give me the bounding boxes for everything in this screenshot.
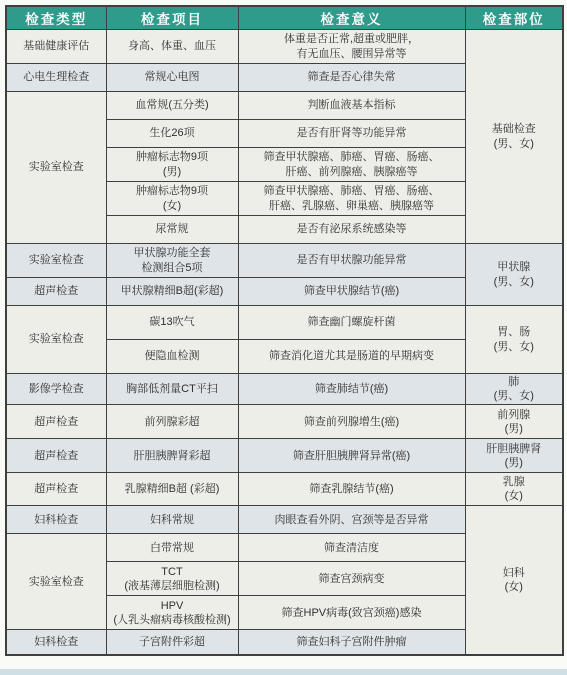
exam-type-cell: 实验室检查 xyxy=(6,306,106,374)
exam-meaning-cell: 筛查消化道尤其是肠道的早期病变 xyxy=(238,340,465,374)
exam-item-cell: 身高、体重、血压 xyxy=(106,30,238,64)
exam-item-cell: 肿瘤标志物9项 (男) xyxy=(106,148,238,182)
exam-item-cell: 尿常规 xyxy=(106,216,238,244)
exam-meaning-cell: 是否有泌尿系统感染等 xyxy=(238,216,465,244)
exam-item-cell: 血常规(五分类) xyxy=(106,92,238,120)
column-header-site: 检查部位 xyxy=(465,6,563,30)
exam-meaning-cell: 是否有肝肾等功能异常 xyxy=(238,120,465,148)
exam-site-cell: 妇科 (女) xyxy=(465,506,563,655)
table-row: 超声检查 乳腺精细B超 (彩超) 筛查乳腺结节(癌) 乳腺 (女) xyxy=(6,473,563,506)
column-header-meaning: 检查意义 xyxy=(238,6,465,30)
exam-item-cell: 生化26项 xyxy=(106,120,238,148)
exam-site-cell: 胃、肠 (男、女) xyxy=(465,306,563,374)
exam-type-cell: 心电生理检查 xyxy=(6,64,106,92)
exam-meaning-cell: 筛查是否心律失常 xyxy=(238,64,465,92)
exam-type-cell: 实验室检查 xyxy=(6,92,106,244)
exam-type-cell: 妇科检查 xyxy=(6,506,106,534)
header-row: 检查类型 检查项目 检查意义 检查部位 xyxy=(6,6,563,30)
exam-site-cell: 肺 (男、女) xyxy=(465,374,563,405)
exam-meaning-cell: 筛查清洁度 xyxy=(238,534,465,562)
exam-item-cell: 便隐血检测 xyxy=(106,340,238,374)
exam-type-cell: 影像学检查 xyxy=(6,374,106,405)
exam-site-cell: 肝胆胰脾肾 (男) xyxy=(465,439,563,473)
exam-item-cell: 妇科常规 xyxy=(106,506,238,534)
exam-meaning-cell: 筛查肝胆胰脾肾异常(癌) xyxy=(238,439,465,473)
exam-item-cell: 碳13吹气 xyxy=(106,306,238,340)
exam-item-cell: 子宫附件彩超 xyxy=(106,630,238,655)
table-row: 妇科检查 妇科常规 肉眼查看外阴、宫颈等是否异常 妇科 (女) xyxy=(6,506,563,534)
table-row: 超声检查 前列腺彩超 筛查前列腺增生(癌) 前列腺 (男) xyxy=(6,405,563,439)
exam-type-cell: 超声检查 xyxy=(6,473,106,506)
exam-table: 检查类型 检查项目 检查意义 检查部位 基础健康评估 身高、体重、血压 体重是否… xyxy=(5,5,564,656)
exam-meaning-cell: 筛查HPV病毒(致宫颈癌)感染 xyxy=(238,596,465,630)
table-row: 超声检查 肝胆胰脾肾彩超 筛查肝胆胰脾肾异常(癌) 肝胆胰脾肾 (男) xyxy=(6,439,563,473)
exam-type-cell: 基础健康评估 xyxy=(6,30,106,64)
exam-type-cell: 妇科检查 xyxy=(6,630,106,655)
bottom-strip xyxy=(0,669,567,675)
exam-item-cell: 甲状腺功能全套 检测组合5项 xyxy=(106,244,238,278)
exam-meaning-cell: 筛查甲状腺结节(癌) xyxy=(238,278,465,306)
table-row: 实验室检查 碳13吹气 筛查幽门螺旋杆菌 胃、肠 (男、女) xyxy=(6,306,563,340)
exam-meaning-cell: 筛查甲状腺癌、肺癌、胃癌、肠癌、 肝癌、前列腺癌、胰腺癌等 xyxy=(238,148,465,182)
table-row: 实验室检查 甲状腺功能全套 检测组合5项 是否有甲状腺功能异常 甲状腺 (男、女… xyxy=(6,244,563,278)
exam-meaning-cell: 肉眼查看外阴、宫颈等是否异常 xyxy=(238,506,465,534)
exam-item-cell: 甲状腺精细B超(彩超) xyxy=(106,278,238,306)
exam-site-cell: 基础检查 (男、女) xyxy=(465,30,563,244)
exam-meaning-cell: 筛查甲状腺癌、肺癌、胃癌、肠癌、 肝癌、乳腺癌、卵巢癌、胰腺癌等 xyxy=(238,182,465,216)
exam-item-cell: 白带常规 xyxy=(106,534,238,562)
exam-site-cell: 乳腺 (女) xyxy=(465,473,563,506)
table-row: 影像学检查 胸部低剂量CT平扫 筛查肺结节(癌) 肺 (男、女) xyxy=(6,374,563,405)
exam-site-cell: 前列腺 (男) xyxy=(465,405,563,439)
column-header-item: 检查项目 xyxy=(106,6,238,30)
exam-type-cell: 实验室检查 xyxy=(6,244,106,278)
exam-type-cell: 超声检查 xyxy=(6,405,106,439)
table-row: 基础健康评估 身高、体重、血压 体重是否正常,超重或肥胖， 有无血压、腰围异常等… xyxy=(6,30,563,64)
exam-meaning-cell: 体重是否正常,超重或肥胖， 有无血压、腰围异常等 xyxy=(238,30,465,64)
exam-meaning-cell: 筛查幽门螺旋杆菌 xyxy=(238,306,465,340)
exam-site-cell: 甲状腺 (男、女) xyxy=(465,244,563,306)
exam-meaning-cell: 筛查乳腺结节(癌) xyxy=(238,473,465,506)
exam-meaning-cell: 筛查前列腺增生(癌) xyxy=(238,405,465,439)
exam-type-cell: 实验室检查 xyxy=(6,534,106,630)
exam-meaning-cell: 筛查宫颈病变 xyxy=(238,562,465,596)
column-header-type: 检查类型 xyxy=(6,6,106,30)
exam-meaning-cell: 是否有甲状腺功能异常 xyxy=(238,244,465,278)
exam-item-cell: 胸部低剂量CT平扫 xyxy=(106,374,238,405)
exam-item-cell: 常规心电图 xyxy=(106,64,238,92)
exam-item-cell: 乳腺精细B超 (彩超) xyxy=(106,473,238,506)
exam-item-cell: HPV (人乳头瘤病毒核酸检测) xyxy=(106,596,238,630)
exam-item-cell: 前列腺彩超 xyxy=(106,405,238,439)
exam-meaning-cell: 判断血液基本指标 xyxy=(238,92,465,120)
exam-item-cell: 肿瘤标志物9项 (女) xyxy=(106,182,238,216)
exam-type-cell: 超声检查 xyxy=(6,278,106,306)
page: 检查类型 检查项目 检查意义 检查部位 基础健康评估 身高、体重、血压 体重是否… xyxy=(0,0,567,656)
exam-type-cell: 超声检查 xyxy=(6,439,106,473)
exam-item-cell: 肝胆胰脾肾彩超 xyxy=(106,439,238,473)
exam-meaning-cell: 筛查妇科子宫附件肿瘤 xyxy=(238,630,465,655)
exam-meaning-cell: 筛查肺结节(癌) xyxy=(238,374,465,405)
exam-item-cell: TCT (液基薄层细胞检测) xyxy=(106,562,238,596)
